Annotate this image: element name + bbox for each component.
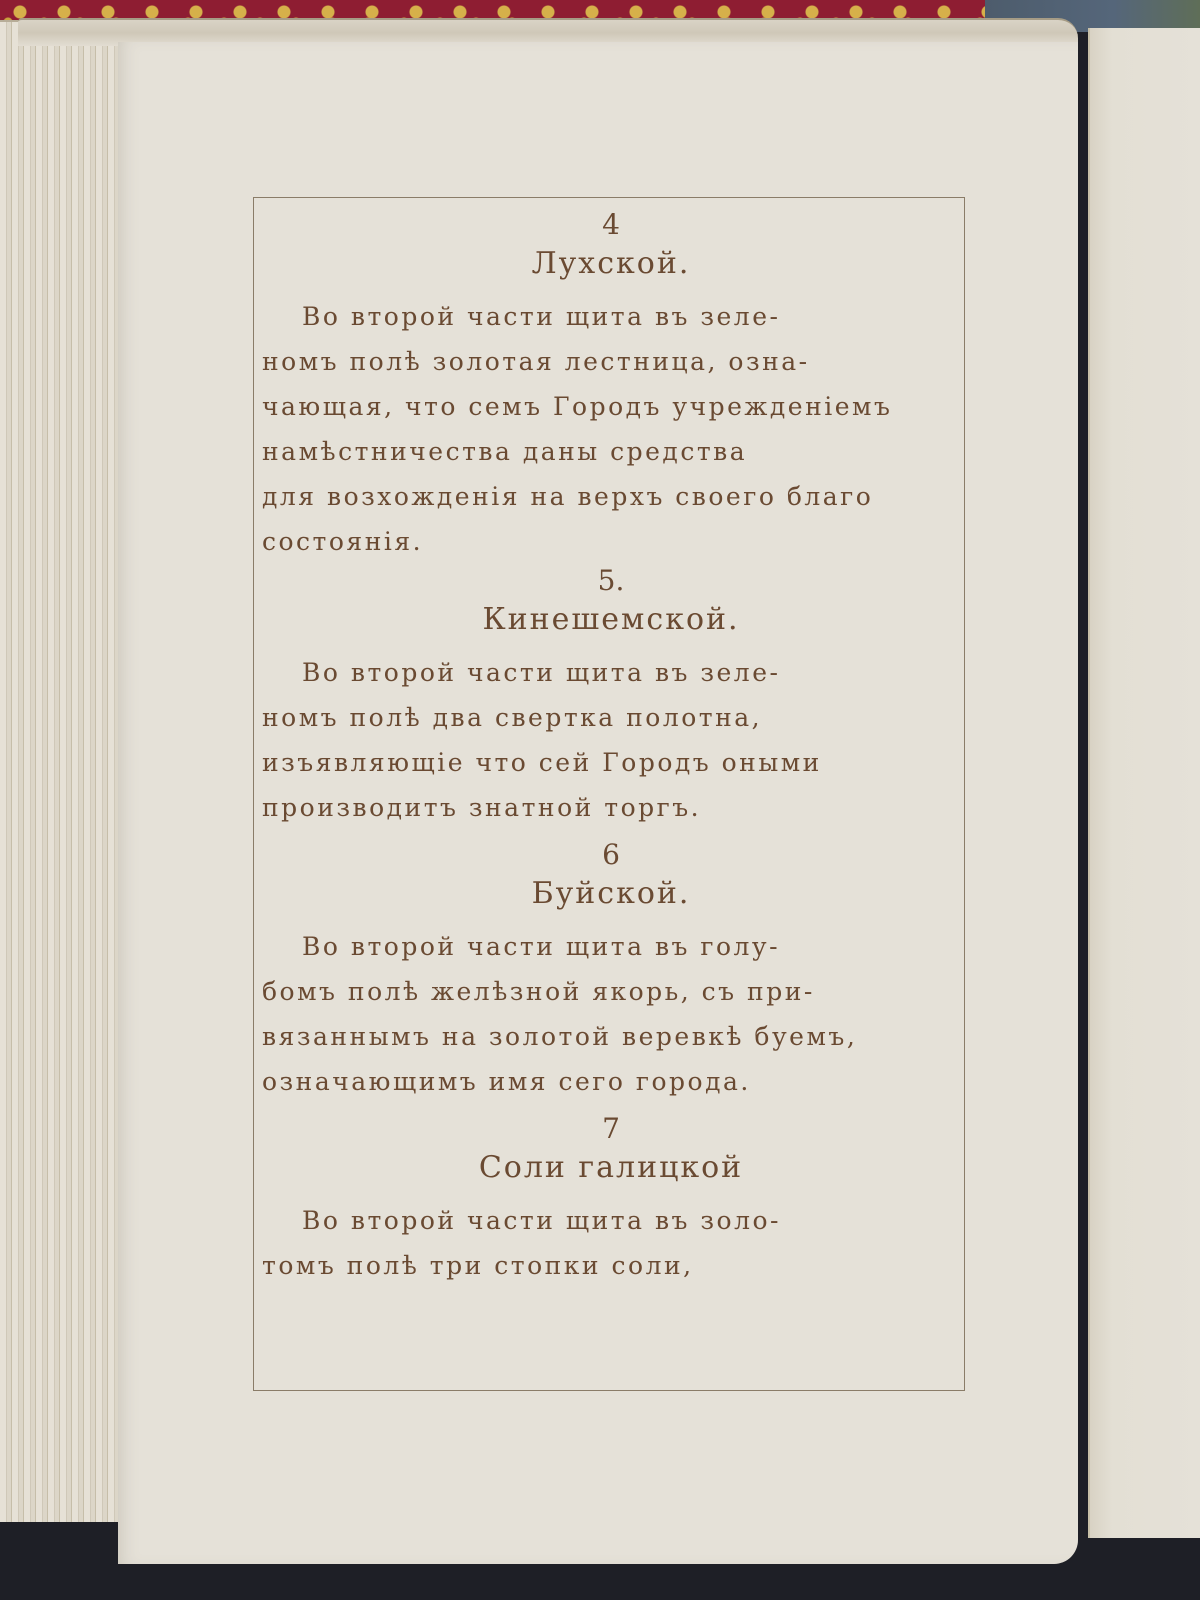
entry-title: Лухской. (262, 242, 960, 286)
facing-page (1088, 28, 1200, 1538)
text-line: Во второй части щита въ зеле- (262, 294, 960, 339)
text-line: состоянія. (262, 519, 960, 564)
text-line: чающая, что семъ Городъ учрежденіемъ (262, 384, 960, 429)
entry-number: 5. (262, 564, 960, 598)
text-line: вязаннымъ на золотой веревкѣ буемъ, (262, 1014, 960, 1059)
text-line: для возхожденія на верхъ своего благо (262, 474, 960, 519)
entry-number: 7 (262, 1112, 960, 1146)
text-line: означающимъ имя сего города. (262, 1059, 960, 1104)
text-block: 4 Лухской. Во второй части щита въ зеле-… (262, 208, 960, 1288)
text-line: номъ полѣ золотая лестница, озна- (262, 339, 960, 384)
manuscript-page: 4 Лухской. Во второй части щита въ зеле-… (118, 42, 1078, 1564)
text-line: Во второй части щита въ золо- (262, 1198, 960, 1243)
text-line: томъ полѣ три стопки соли, (262, 1243, 960, 1288)
text-line: Во второй части щита въ голу- (262, 924, 960, 969)
entry-title: Соли галицкой (262, 1146, 960, 1190)
page-edges-stack (0, 20, 130, 1522)
entry-number: 6 (262, 838, 960, 872)
entry-title: Буйской. (262, 872, 960, 916)
text-line: бомъ полѣ желѣзной якорь, съ при- (262, 969, 960, 1014)
text-line: изъявляющіе что сей Городъ оными (262, 740, 960, 785)
text-line: номъ полѣ два свертка полотна, (262, 695, 960, 740)
entry-number: 4 (262, 208, 960, 242)
text-line: Во второй части щита въ зеле- (262, 650, 960, 695)
text-line: производитъ знатной торгъ. (262, 785, 960, 830)
text-line: намѣстничества даны средства (262, 429, 960, 474)
entry-title: Кинешемской. (262, 598, 960, 642)
ruled-text-frame: 4 Лухской. Во второй части щита въ зеле-… (253, 197, 965, 1391)
